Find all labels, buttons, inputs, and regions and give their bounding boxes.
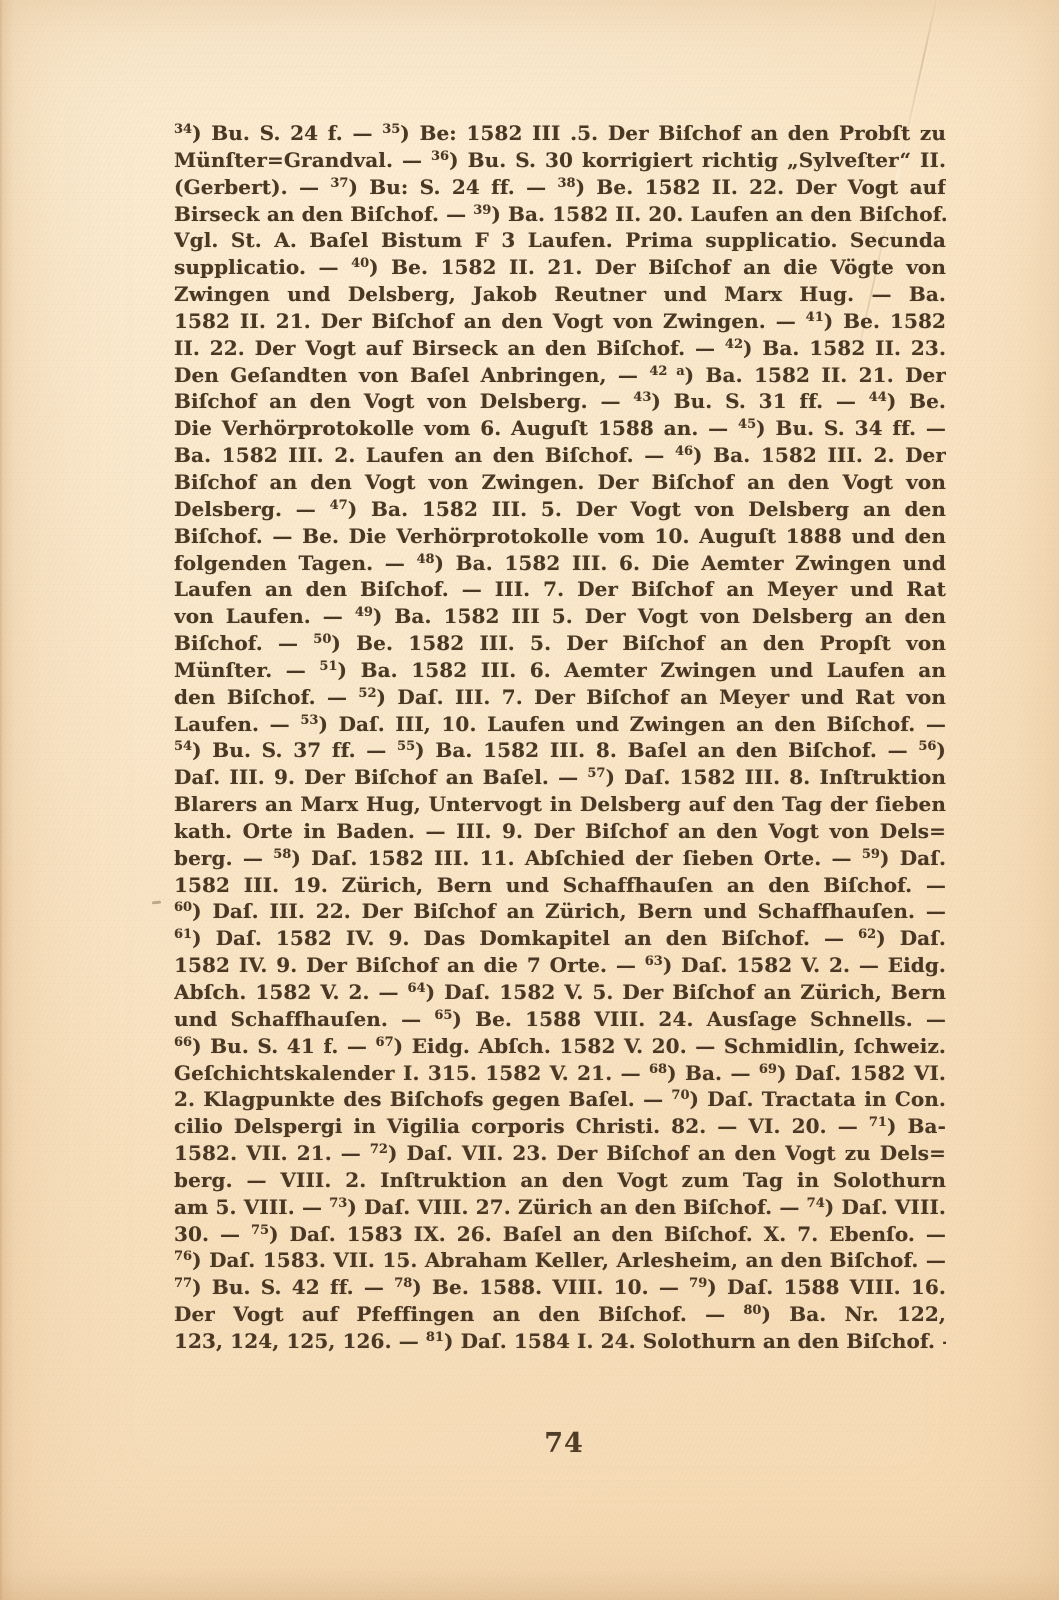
footnote-marker: 75 bbox=[251, 1223, 269, 1238]
text-line: 1582 II. 21. Der Biſchof an den Vogt von… bbox=[174, 308, 946, 335]
text-line: Biſchof an den Vogt von Delsberg. — 43) … bbox=[174, 388, 946, 415]
text-line: berg. — VIII. 2. Inſtruktion an den Vogt… bbox=[174, 1167, 946, 1194]
footnote-marker: 49 bbox=[355, 605, 373, 620]
text-line: Münſter=Grandval. — 36) Bu. S. 30 korrig… bbox=[174, 147, 946, 174]
text-line: Münſter. — 51) Ba. 1582 III. 6. Aemter Z… bbox=[174, 657, 946, 684]
text-line: 60) Daſ. III. 22. Der Biſchof an Zürich,… bbox=[174, 898, 946, 925]
footnote-marker: 70 bbox=[671, 1088, 689, 1103]
footnote-marker: 53 bbox=[300, 713, 318, 728]
footnote-marker: 62 bbox=[858, 927, 876, 942]
footnote-marker: 46 bbox=[675, 444, 693, 459]
text-line: 1582 III. 19. Zürich, Bern und Schaffhau… bbox=[174, 872, 946, 899]
footnote-marker: 72 bbox=[370, 1142, 388, 1157]
text-line: 76) Daſ. 1583. VII. 15. Abraham Keller, … bbox=[174, 1247, 946, 1274]
footnote-marker: 35 bbox=[382, 122, 400, 137]
text-line: am 5. VIII. — 73) Daſ. VIII. 27. Zürich … bbox=[174, 1194, 946, 1221]
footnote-marker: 57 bbox=[587, 766, 605, 781]
text-line: Daſ. III. 9. Der Biſchof an Baſel. — 57)… bbox=[174, 764, 946, 791]
footnote-marker: 64 bbox=[408, 981, 426, 996]
text-line: Abſch. 1582 V. 2. — 64) Daſ. 1582 V. 5. … bbox=[174, 979, 946, 1006]
text-line: von Laufen. — 49) Ba. 1582 III 5. Der Vo… bbox=[174, 603, 946, 630]
footnote-marker: 71 bbox=[869, 1115, 887, 1130]
footnote-marker: 58 bbox=[273, 847, 291, 862]
text-line: 2. Klagpunkte des Biſchofs gegen Baſel. … bbox=[174, 1086, 946, 1113]
footnote-marker: 79 bbox=[689, 1276, 707, 1291]
text-line: cilio Delspergi in Vigilia corporis Chri… bbox=[174, 1113, 946, 1140]
footnote-marker: 37 bbox=[330, 176, 348, 191]
text-line: 1582 IV. 9. Der Biſchof an die 7 Orte. —… bbox=[174, 952, 946, 979]
footnote-marker: 69 bbox=[759, 1062, 777, 1077]
footnote-marker: 78 bbox=[394, 1276, 412, 1291]
footnote-marker: 41 bbox=[806, 310, 824, 325]
text-line: 34) Bu. S. 24 f. — 35) Be: 1582 III .5. … bbox=[174, 120, 946, 147]
footnote-marker: 48 bbox=[416, 552, 434, 567]
text-line: Ba. 1582 III. 2. Laufen an den Biſchof. … bbox=[174, 442, 946, 469]
footnote-marker: 66 bbox=[174, 1035, 192, 1050]
footnote-marker: 74 bbox=[807, 1196, 825, 1211]
footnote-marker: 73 bbox=[329, 1196, 347, 1211]
footnote-marker: 81 bbox=[426, 1330, 444, 1345]
text-line: und Schaffhauſen. — 65) Be. 1588 VIII. 2… bbox=[174, 1006, 946, 1033]
footnote-marker: 59 bbox=[862, 847, 880, 862]
footnote-marker: 43 bbox=[633, 390, 651, 405]
footnote-marker: 55 bbox=[397, 739, 415, 754]
footnote-marker: 51 bbox=[319, 659, 337, 674]
text-line: Biſchof an den Vogt von Zwingen. Der Biſ… bbox=[174, 469, 946, 496]
text-line: Die Verhörprotokolle vom 6. Auguſt 1588 … bbox=[174, 415, 946, 442]
text-line: 77) Bu. S. 42 ff. — 78) Be. 1588. VIII. … bbox=[174, 1274, 946, 1301]
ink-speck bbox=[152, 901, 161, 905]
text-line: Geſchichtskalender I. 315. 1582 V. 21. —… bbox=[174, 1060, 946, 1087]
footnote-marker: 60 bbox=[174, 900, 192, 915]
footnote-marker: 65 bbox=[434, 1008, 452, 1023]
footnote-marker: 76 bbox=[174, 1249, 192, 1264]
footnotes-block: 34) Bu. S. 24 f. — 35) Be: 1582 III .5. … bbox=[174, 120, 946, 1355]
footnote-marker: 45 bbox=[738, 417, 756, 432]
footnote-marker: 67 bbox=[376, 1035, 394, 1050]
book-page: { "colors": { "paper": "#f8e2c0", "ink":… bbox=[0, 0, 1059, 1600]
footnote-marker: 42 bbox=[725, 337, 743, 352]
text-line: Biſchof. — 50) Be. 1582 III. 5. Der Biſc… bbox=[174, 630, 946, 657]
text-line: 61) Daſ. 1582 IV. 9. Das Domkapitel an d… bbox=[174, 925, 946, 952]
footnote-marker: 63 bbox=[645, 954, 663, 969]
text-line: berg. — 58) Daſ. 1582 III. 11. Abſchied … bbox=[174, 845, 946, 872]
footnote-marker: 39 bbox=[473, 203, 491, 218]
text-line: supplicatio. — 40) Be. 1582 II. 21. Der … bbox=[174, 254, 946, 281]
text-line: Laufen. — 53) Daſ. III, 10. Laufen und Z… bbox=[174, 711, 946, 738]
footnote-marker: 61 bbox=[174, 927, 192, 942]
footnote-marker: 38 bbox=[558, 176, 576, 191]
footnote-marker: 68 bbox=[649, 1062, 667, 1077]
footnote-marker: 80 bbox=[743, 1303, 761, 1318]
text-line: Der Vogt auf Pfeffingen an den Biſchof. … bbox=[174, 1301, 946, 1328]
footnote-marker: 54 bbox=[174, 739, 192, 754]
text-line: Vgl. St. A. Baſel Bistum F 3 Laufen. Pri… bbox=[174, 227, 946, 254]
footnote-marker: 47 bbox=[330, 498, 348, 513]
text-line: folgenden Tagen. — 48) Ba. 1582 III. 6. … bbox=[174, 550, 946, 577]
footnote-marker: 77 bbox=[174, 1276, 192, 1291]
text-line: (Gerbert). — 37) Bu: S. 24 ff. — 38) Be.… bbox=[174, 174, 946, 201]
text-line: Laufen an den Biſchof. — III. 7. Der Biſ… bbox=[174, 576, 946, 603]
text-line: II. 22. Der Vogt auf Birseck an den Biſc… bbox=[174, 335, 946, 362]
text-line: Biſchof. — Be. Die Verhörprotokolle vom … bbox=[174, 523, 946, 550]
text-line: Zwingen und Delsberg, Jakob Reutner und … bbox=[174, 281, 946, 308]
text-line: 66) Bu. S. 41 f. — 67) Eidg. Abſch. 1582… bbox=[174, 1033, 946, 1060]
text-line: 54) Bu. S. 37 ff. — 55) Ba. 1582 III. 8.… bbox=[174, 737, 946, 764]
footnote-marker: 36 bbox=[431, 149, 449, 164]
footnote-marker: 34 bbox=[174, 122, 192, 137]
footnote-marker: 42 a bbox=[649, 364, 684, 379]
text-line: den Biſchof. — 52) Daſ. III. 7. Der Biſc… bbox=[174, 684, 946, 711]
text-line: kath. Orte in Baden. — III. 9. Der Biſch… bbox=[174, 818, 946, 845]
footnote-marker: 52 bbox=[358, 686, 376, 701]
text-line: Blarers an Marx Hug, Untervogt in Delsbe… bbox=[174, 791, 946, 818]
text-line: Den Geſandten von Baſel Anbringen, — 42 … bbox=[174, 362, 946, 389]
text-line: Birseck an den Biſchof. — 39) Ba. 1582 I… bbox=[174, 201, 946, 228]
text-line: 30. — 75) Daſ. 1583 IX. 26. Baſel an den… bbox=[174, 1221, 946, 1248]
footnote-marker: 40 bbox=[351, 256, 369, 271]
footnote-marker: 44 bbox=[869, 390, 887, 405]
text-line: 123, 124, 125, 126. — 81) Daſ. 1584 I. 2… bbox=[174, 1328, 946, 1355]
text-line: Delsberg. — 47) Ba. 1582 III. 5. Der Vog… bbox=[174, 496, 946, 523]
footnote-marker: 56 bbox=[918, 739, 936, 754]
page-number: 74 bbox=[174, 1428, 954, 1459]
text-line: 1582. VII. 21. — 72) Daſ. VII. 23. Der B… bbox=[174, 1140, 946, 1167]
footnote-marker: 50 bbox=[313, 632, 331, 647]
